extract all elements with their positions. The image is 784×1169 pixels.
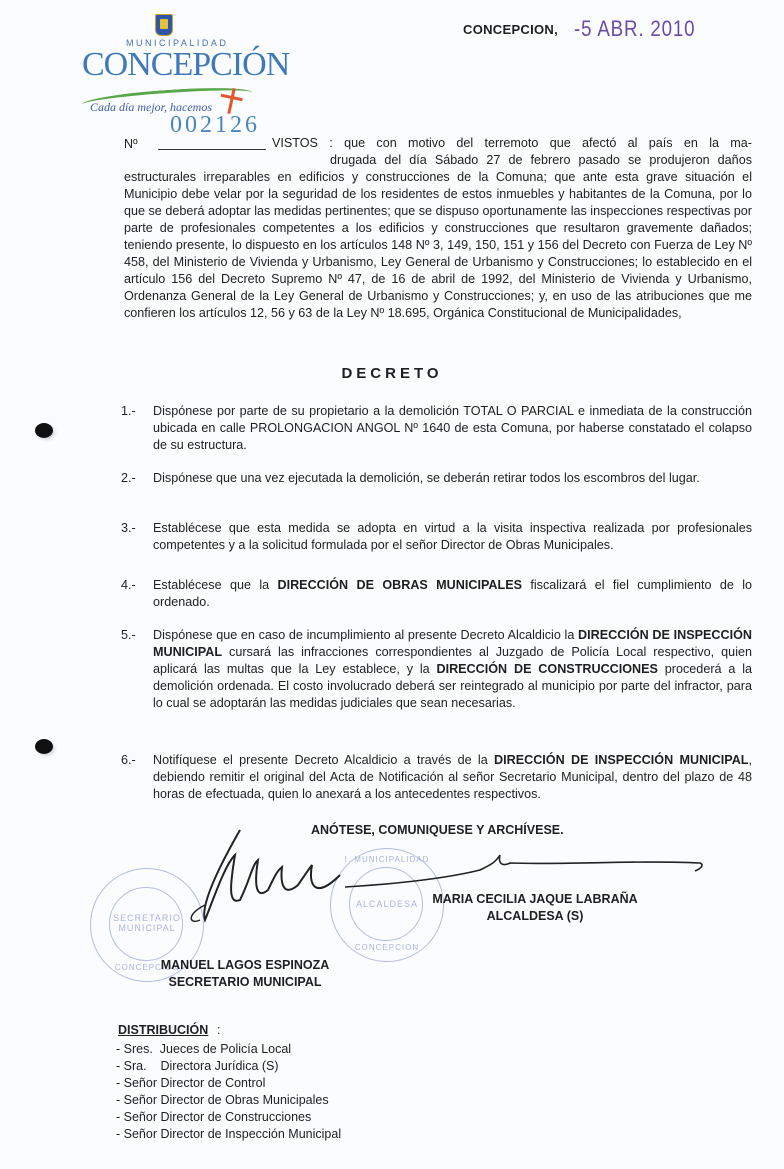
decree-number-stamp: 002126 [170, 112, 260, 139]
stamp-text: CONCEPCION [331, 943, 443, 953]
decree-item-number: 3.- [121, 520, 153, 554]
secretario-signatory: MANUEL LAGOS ESPINOZA SECRETARIO MUNICIP… [140, 957, 350, 991]
alcaldesa-title: ALCALDESA (S) [420, 908, 650, 925]
alcaldesa-signatory: MARIA CECILIA JAQUE LABRAÑA ALCALDESA (S… [420, 891, 650, 925]
coat-of-arms-icon [155, 14, 173, 36]
secretario-title: SECRETARIO MUNICIPAL [140, 974, 350, 991]
logo-name: CONCEPCIÓN [82, 46, 289, 84]
decree-item-text: Dispónese por parte de su propietario a … [153, 403, 752, 454]
decree-item-text: Establécese que la DIRECCIÓN DE OBRAS MU… [153, 577, 752, 611]
distribution-item: - Señor Director de Construcciones [116, 1109, 341, 1126]
decree-item-text: Establécese que esta medida se adopta en… [153, 520, 752, 554]
decree-item: 6.-Notifíquese el presente Decreto Alcal… [121, 752, 752, 803]
punch-hole-top [35, 423, 53, 438]
decree-number-label: Nº [124, 137, 138, 151]
distribution-item: - Sres. Jueces de Policía Local [116, 1041, 341, 1058]
decree-number-line [158, 149, 266, 150]
decreto-heading: DECRETO [0, 365, 784, 382]
alcaldesa-name: MARIA CECILIA JAQUE LABRAÑA [420, 891, 650, 908]
decree-item-number: 5.- [121, 627, 153, 712]
decree-item-text: Dispónese que en caso de incumplimiento … [153, 627, 752, 712]
decree-item: 3.-Establécese que esta medida se adopta… [121, 520, 752, 554]
vistos-body: drugada del día Sábado 27 de febrero pas… [124, 152, 752, 322]
punch-hole-bottom [35, 739, 53, 754]
decree-item: 5.-Dispónese que en caso de incumplimien… [121, 627, 752, 712]
decree-item-number: 1.- [121, 403, 153, 454]
distribution-title: DISTRIBUCIÓN [118, 1023, 208, 1037]
decree-item: 2.-Dispónese que una vez ejecutada la de… [121, 470, 752, 487]
municipality-logo: MUNICIPALIDAD CONCEPCIÓN Cada día mejor,… [80, 12, 260, 122]
decree-item: 1.-Dispónese por parte de su propietario… [121, 403, 752, 454]
distribution-list: - Sres. Jueces de Policía Local- Sra. Di… [116, 1041, 341, 1143]
decree-item: 4.-Establécese que la DIRECCIÓN DE OBRAS… [121, 577, 752, 611]
decree-item-text: Dispónese que una vez ejecutada la demol… [153, 470, 752, 487]
decree-item-number: 4.- [121, 577, 153, 611]
distribution-colon: : [217, 1023, 220, 1037]
vistos-first-line: VISTOS : que con motivo del terremoto qu… [272, 135, 752, 152]
distribution-item: - Señor Director de Obras Municipales [116, 1092, 341, 1109]
city-label: CONCEPCION, [463, 22, 558, 37]
date-stamp: -5 ABR. 2010 [574, 16, 695, 42]
distribution-item: - Señor Director de Inspección Municipal [116, 1126, 341, 1143]
decree-item-number: 6.- [121, 752, 153, 803]
secretario-name: MANUEL LAGOS ESPINOZA [140, 957, 350, 974]
decree-item-text: Notifíquese el presente Decreto Alcaldic… [153, 752, 752, 803]
distribution-item: - Señor Director de Control [116, 1075, 341, 1092]
decree-item-number: 2.- [121, 470, 153, 487]
distribution-item: - Sra. Directora Jurídica (S) [116, 1058, 341, 1075]
